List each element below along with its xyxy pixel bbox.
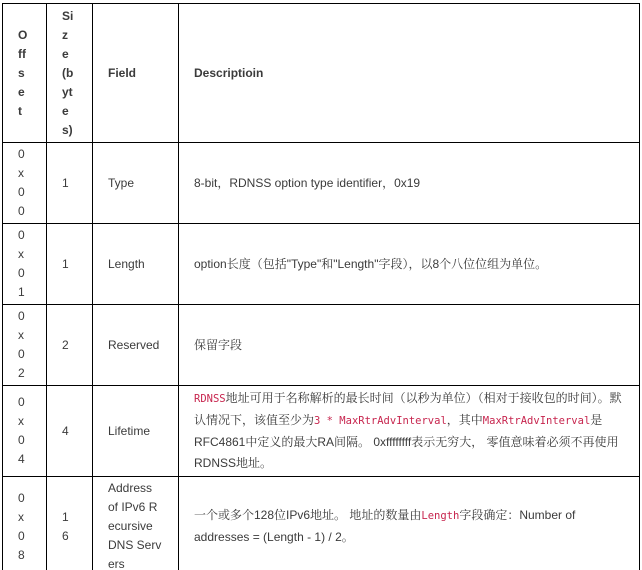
cell-description: option长度（包括"Type"和"Length"字段），以8个八位位组为单位… [179, 224, 640, 305]
table-row: 0 x 0 0 1 Type 8-bit，RDNSS option type i… [3, 143, 640, 224]
cell-field: Type [93, 143, 179, 224]
table-row: 0 x 0 4 4 Lifetime RDNSS地址可用于名称解析的最长时间（以… [3, 386, 640, 477]
plain-text: 保留字段 [194, 338, 242, 352]
cell-offset: 0 x 0 8 [3, 477, 47, 570]
header-cell-size: Si z e (b yt e s) [47, 4, 93, 143]
cell-field: Address of IPv6 R ecursive DNS Serv ers [93, 477, 179, 570]
table-body: 0 x 0 0 1 Type 8-bit，RDNSS option type i… [3, 143, 640, 570]
cell-size: 4 [47, 386, 93, 477]
cell-description: 8-bit，RDNSS option type identifier，0x19 [179, 143, 640, 224]
header-cell-description: Descriptioin [179, 4, 640, 143]
plain-text: 8-bit，RDNSS option type identifier，0x19 [194, 176, 420, 190]
cell-size: 1 6 [47, 477, 93, 570]
header-cell-offset: O ff s e t [3, 4, 47, 143]
header-cell-field: Field [93, 4, 179, 143]
cell-size: 1 [47, 224, 93, 305]
plain-text: option长度（包括"Type"和"Length"字段），以8个八位位组为单位… [194, 257, 547, 271]
cell-field: Lifetime [93, 386, 179, 477]
cell-offset: 0 x 0 2 [3, 305, 47, 386]
code-text: MaxRtrAdvInterval [483, 415, 590, 427]
cell-field: Length [93, 224, 179, 305]
cell-offset: 0 x 0 0 [3, 143, 47, 224]
cell-size: 1 [47, 143, 93, 224]
plain-text: 一个或多个128位IPv6地址。 地址的数量由 [194, 508, 421, 522]
cell-field: Reserved [93, 305, 179, 386]
cell-description: RDNSS地址可用于名称解析的最长时间（以秒为单位）（相对于接收包的时间）。默认… [179, 386, 640, 477]
cell-description: 一个或多个128位IPv6地址。 地址的数量由Length字段确定：Number… [179, 477, 640, 570]
plain-text: ，其中 [447, 413, 483, 427]
table-row: 0 x 0 2 2 Reserved 保留字段 [3, 305, 640, 386]
code-text: 3 * MaxRtrAdvInterval [314, 415, 447, 427]
table-row: 0 x 0 1 1 Length option长度（包括"Type"和"Leng… [3, 224, 640, 305]
rdnss-option-table: O ff s e t Si z e (b yt e s) Field Descr… [2, 3, 640, 570]
table-header-row: O ff s e t Si z e (b yt e s) Field Descr… [3, 4, 640, 143]
table-row: 0 x 0 8 1 6 Address of IPv6 R ecursive D… [3, 477, 640, 570]
code-text: RDNSS [194, 393, 226, 405]
cell-size: 2 [47, 305, 93, 386]
code-text: Length [421, 510, 459, 522]
cell-offset: 0 x 0 4 [3, 386, 47, 477]
cell-offset: 0 x 0 1 [3, 224, 47, 305]
cell-description: 保留字段 [179, 305, 640, 386]
page: O ff s e t Si z e (b yt e s) Field Descr… [0, 3, 642, 570]
